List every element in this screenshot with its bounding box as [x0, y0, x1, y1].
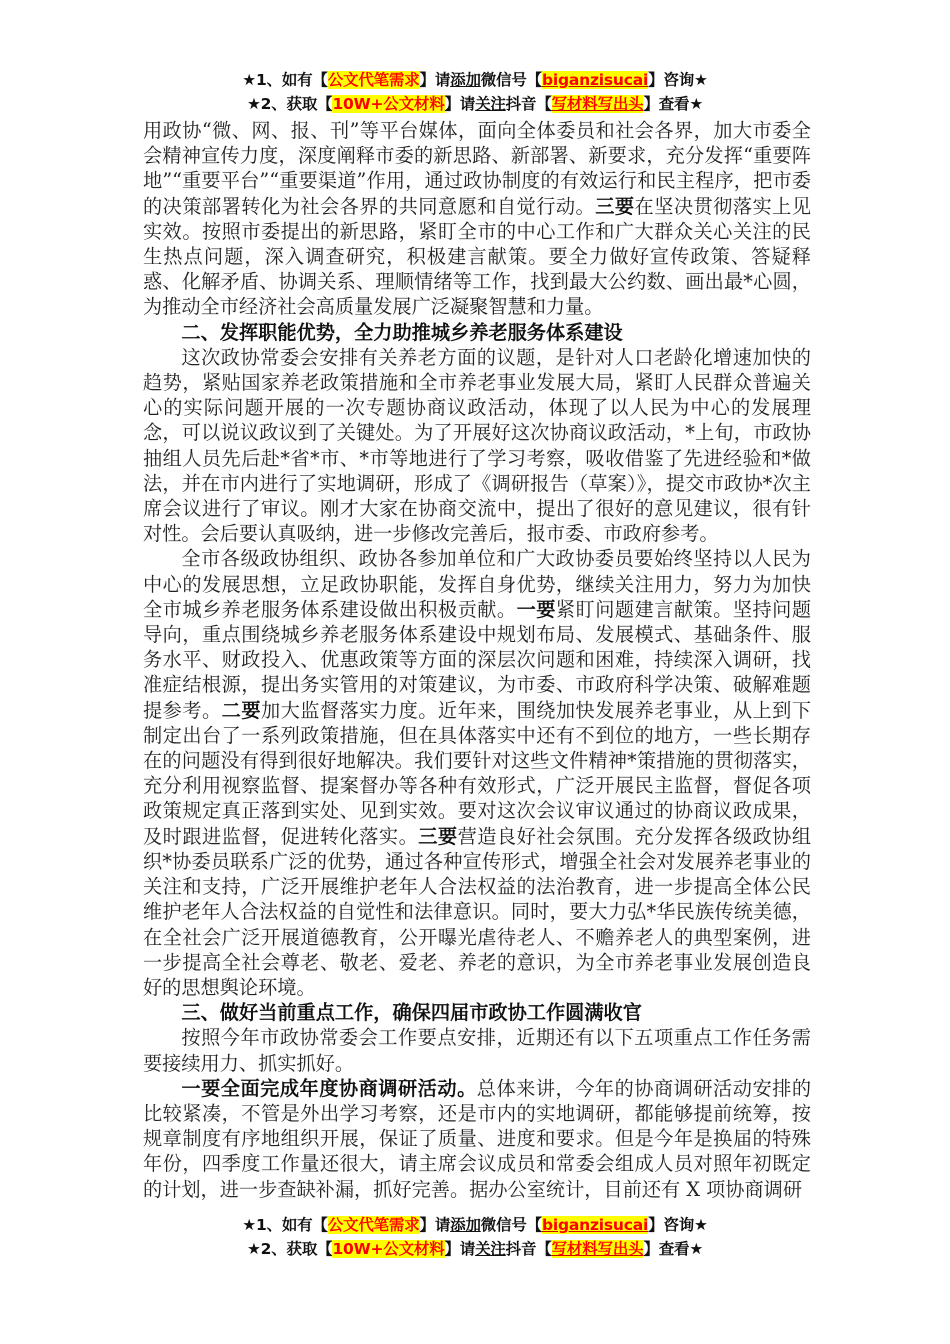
- highlight-service: 公文代笔需求: [328, 71, 420, 89]
- emphasis-add: 添加: [450, 1216, 481, 1234]
- highlight-wechat-id: biganzisucai: [542, 71, 648, 89]
- promo-text: 】请: [445, 1240, 476, 1258]
- promo-line-2: ★2、获取【10W+公文材料】请关注抖音【写材料写出头】查看★: [0, 92, 950, 116]
- promo-text: 】查看★: [643, 1240, 703, 1258]
- highlight-wechat-id: biganzisucai: [542, 1216, 648, 1234]
- promo-text: 】查看★: [643, 95, 703, 113]
- paragraph-text: 营造良好社会氛围。充分发挥各级政协组织*协委员联系广泛的优势，通过各种宣传形式，…: [143, 825, 811, 999]
- section-heading-3: 三、做好当前重点工作，确保四届市政协工作圆满收官: [143, 1000, 811, 1025]
- promo-text: 】请: [420, 71, 451, 89]
- emphasis-add: 添加: [450, 71, 481, 89]
- section-heading-2: 二、发挥职能优势，全力助推城乡养老服务体系建设: [143, 320, 811, 345]
- promo-text: ★1、如有【: [242, 1216, 327, 1234]
- emphasis-follow: 关注: [475, 1240, 506, 1258]
- paragraph-5: 一要全面完成年度协商调研活动。总体来讲，今年的协商调研活动安排的比较紧凑，不管是…: [143, 1076, 811, 1202]
- promo-text: 抖音【: [506, 95, 552, 113]
- keyword-bold: 一要: [517, 598, 556, 621]
- highlight-service: 公文代笔需求: [328, 1216, 420, 1234]
- highlight-materials: 10W+公文材料: [332, 95, 444, 113]
- promo-text: ★2、获取【: [247, 95, 332, 113]
- paragraph-3: 全市各级政协组织、政协各参加单位和广大政协委员要始终坚持以人民为中心的发展思想，…: [143, 546, 811, 1000]
- promo-text: 】咨询★: [648, 71, 708, 89]
- promo-text: 】请: [420, 1216, 451, 1234]
- promo-line-1: ★1、如有【公文代笔需求】请添加微信号【biganzisucai】咨询★: [0, 1213, 950, 1237]
- promo-text: 】咨询★: [648, 1216, 708, 1234]
- promo-text: ★1、如有【: [242, 71, 327, 89]
- promo-banner-bottom: ★1、如有【公文代笔需求】请添加微信号【biganzisucai】咨询★ ★2、…: [0, 1213, 950, 1261]
- keyword-bold: 二要: [222, 699, 261, 722]
- promo-text: 抖音【: [506, 1240, 552, 1258]
- keyword-bold: 三要: [418, 825, 457, 848]
- promo-text: ★2、获取【: [247, 1240, 332, 1258]
- promo-text: 】请: [445, 95, 476, 113]
- keyword-bold: 一要全面完成年度协商调研活动。: [181, 1077, 476, 1100]
- paragraph-2: 这次政协常委会安排有关养老方面的议题，是针对人口老龄化增速加快的趋势，紧贴国家养…: [143, 345, 811, 547]
- document-body: 用政协“微、网、报、刊”等平台媒体，面向全体委员和社会各界，加大市委全会精神宣传…: [143, 118, 811, 1202]
- keyword-bold: 三要: [595, 195, 634, 218]
- highlight-douyin-id: 写材料写出头: [552, 1240, 644, 1258]
- promo-text: 微信号【: [481, 71, 542, 89]
- promo-text: 微信号【: [481, 1216, 542, 1234]
- document-page: ★1、如有【公文代笔需求】请添加微信号【biganzisucai】咨询★ ★2、…: [0, 0, 950, 1344]
- emphasis-follow: 关注: [475, 95, 506, 113]
- paragraph-1: 用政协“微、网、报、刊”等平台媒体，面向全体委员和社会各界，加大市委全会精神宣传…: [143, 118, 811, 320]
- highlight-materials: 10W+公文材料: [332, 1240, 444, 1258]
- promo-line-1: ★1、如有【公文代笔需求】请添加微信号【biganzisucai】咨询★: [0, 68, 950, 92]
- promo-line-2: ★2、获取【10W+公文材料】请关注抖音【写材料写出头】查看★: [0, 1237, 950, 1261]
- highlight-douyin-id: 写材料写出头: [552, 95, 644, 113]
- promo-banner-top: ★1、如有【公文代笔需求】请添加微信号【biganzisucai】咨询★ ★2、…: [0, 68, 950, 116]
- paragraph-4: 按照今年市政协常委会工作要点安排，近期还有以下五项重点工作任务需要接续用力、抓实…: [143, 1025, 811, 1075]
